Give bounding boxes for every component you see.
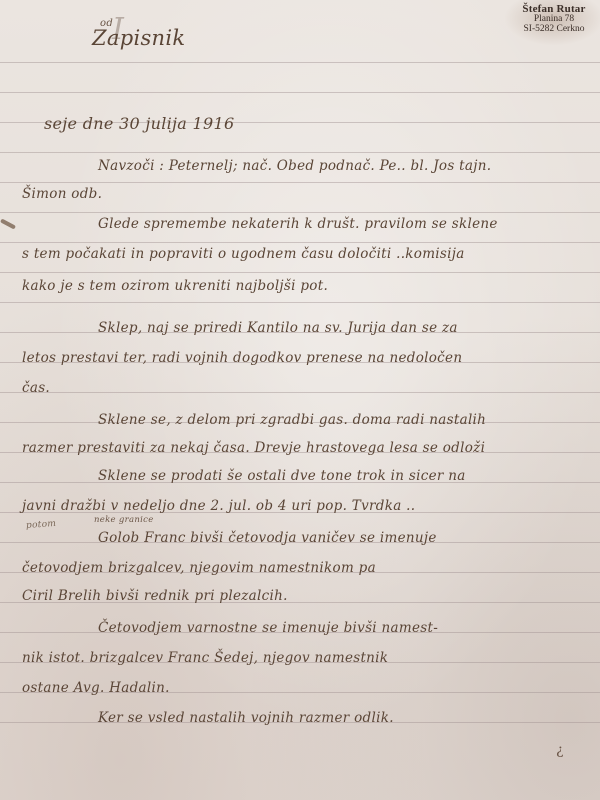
body-line: Navzoči : Peternelj; nač. Obed podnač. P… <box>98 158 491 174</box>
document-page: Štefan Rutar Planina 78 SI-5282 Cerkno I… <box>0 0 600 800</box>
stamp-address: Planina 78 <box>508 14 600 24</box>
body-line: nik istot. brizgalcev Franc Šedej, njego… <box>22 650 388 666</box>
body-line: Glede spremembe nekaterih k društ. pravi… <box>98 216 498 232</box>
meeting-date: seje dne 30 julija 1916 <box>44 114 234 133</box>
body-line: letos prestavi ter, radi vojnih dogodkov… <box>22 350 462 366</box>
body-line: Sklene se, z delom pri zgradbi gas. doma… <box>98 412 486 428</box>
body-line: Sklep, naj se priredi Kantilo na sv. Jur… <box>98 320 458 336</box>
body-line: čas. <box>22 380 50 396</box>
stamp-postal: SI-5282 Cerkno <box>508 24 600 34</box>
body-line: Sklene se prodati še ostali dve tone tro… <box>98 468 466 484</box>
interlinear-note: neke granice <box>94 515 154 525</box>
body-line: javni dražbi v nedeljo dne 2. jul. ob 4 … <box>22 498 415 514</box>
body-line: Četovodjem varnostne se imenuje bivši na… <box>98 620 438 636</box>
document-title: Zapisnik <box>92 26 185 50</box>
body-line: Šimon odb. <box>22 186 102 202</box>
owner-stamp: Štefan Rutar Planina 78 SI-5282 Cerkno <box>508 4 600 34</box>
body-line: četovodjem brizgalcev, njegovim namestni… <box>22 560 376 576</box>
page-mark: ¿ <box>556 742 564 758</box>
body-line: ostane Avg. Hadalin. <box>22 680 170 696</box>
margin-note: potom <box>26 519 57 531</box>
body-line: razmer prestaviti za nekaj časa. Drevje … <box>22 440 485 456</box>
body-line: kako je s tem ozirom ukreniti najboljši … <box>22 278 328 294</box>
body-line: s tem počakati in popraviti o ugodnem ča… <box>22 246 465 262</box>
stamp-name: Štefan Rutar <box>508 4 600 14</box>
body-line: Ciril Brelih bivši rednik pri plezalcih. <box>22 588 288 604</box>
body-line: Ker se vsled nastalih vojnih razmer odli… <box>98 710 394 726</box>
body-line: Golob Franc bivši četovodja vaničev se i… <box>98 530 437 546</box>
